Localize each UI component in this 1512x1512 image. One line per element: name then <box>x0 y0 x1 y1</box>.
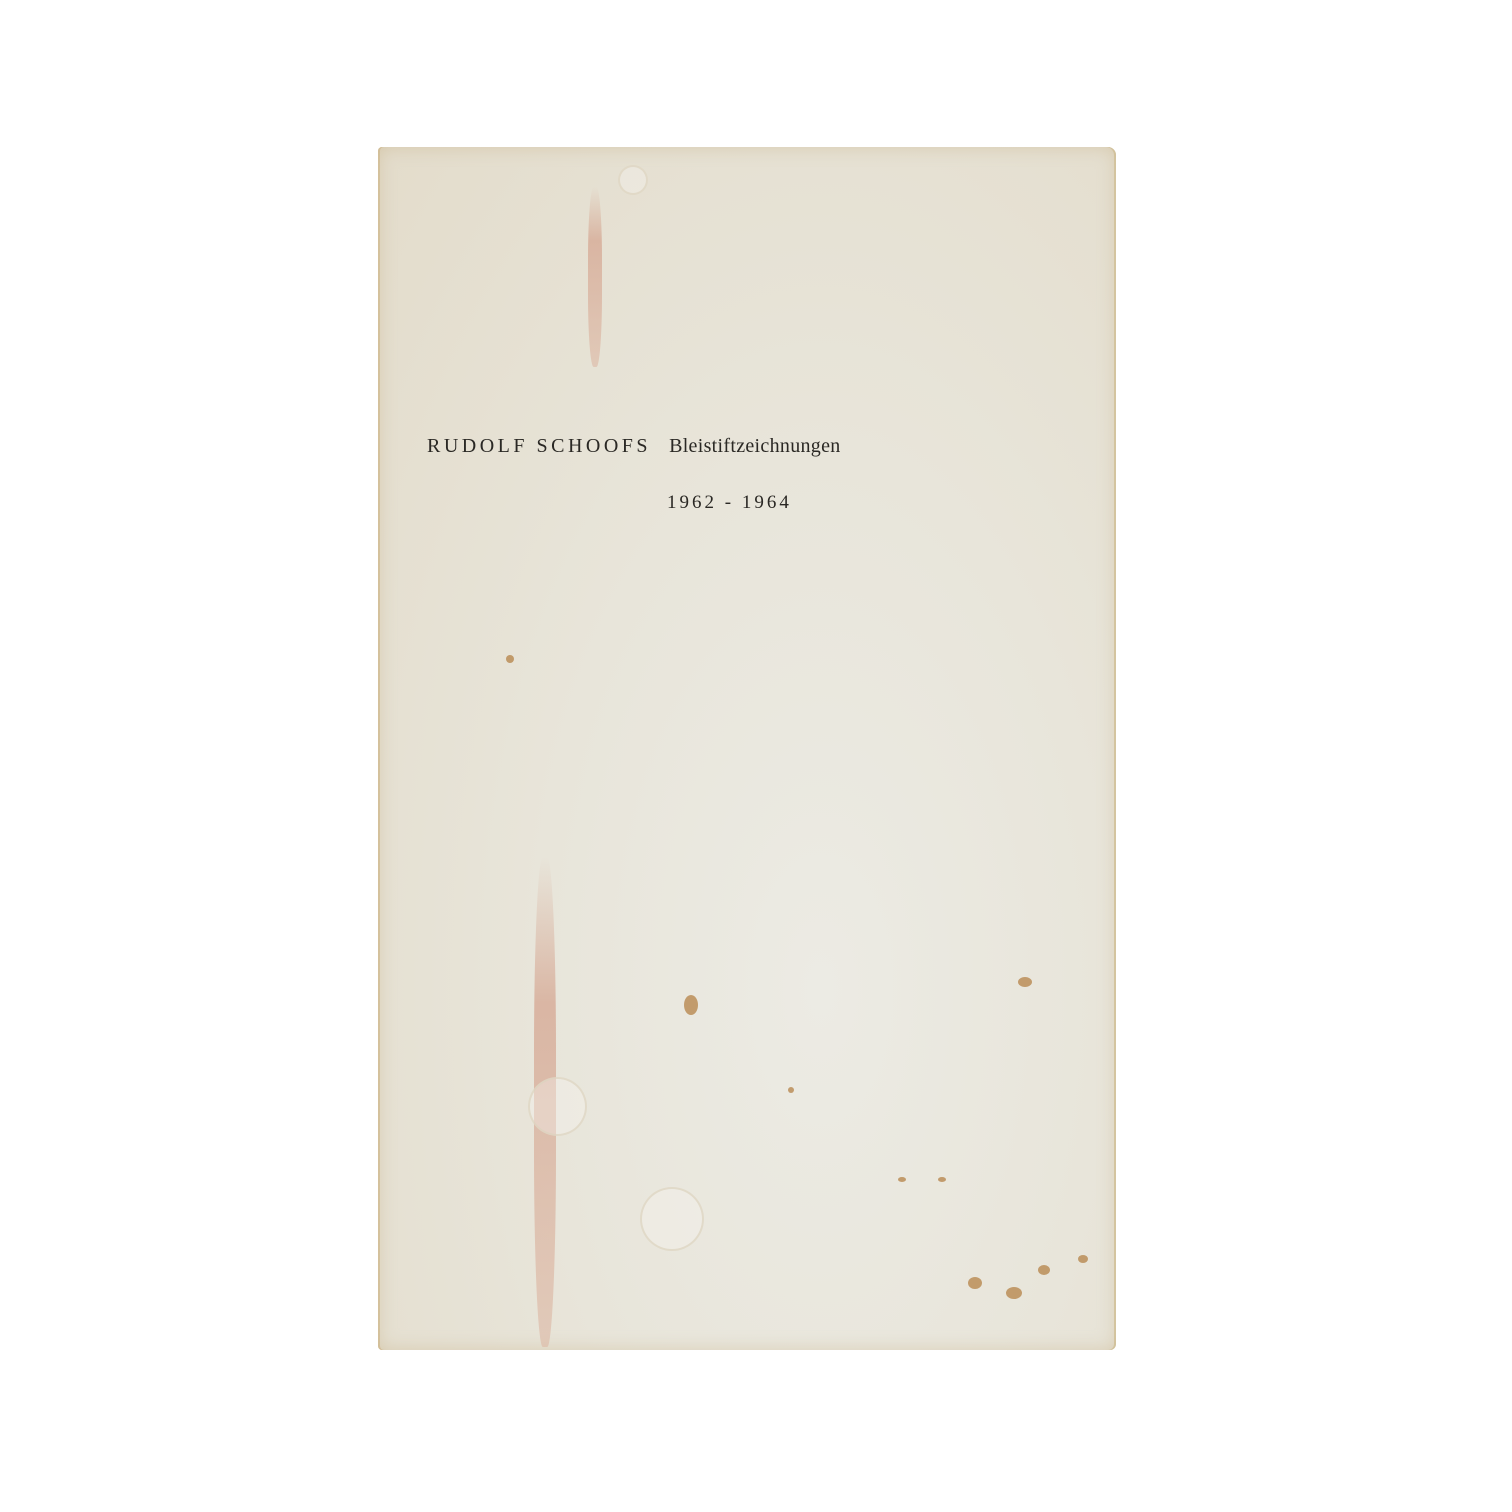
stain-streak-top <box>588 187 602 367</box>
stain-spot <box>898 1177 906 1182</box>
water-ring <box>618 165 648 195</box>
cover-years: 1962 - 1964 <box>667 492 792 514</box>
cover-title: Bleistiftzeichnungen <box>669 435 841 457</box>
stain-spot <box>684 995 698 1015</box>
booklet-cover <box>378 147 1116 1350</box>
stain-spot <box>1078 1255 1088 1263</box>
stain-spot <box>1018 977 1032 987</box>
author-name: RUDOLF SCHOOFS <box>427 435 651 457</box>
water-ring <box>528 1077 587 1136</box>
stain-spot <box>506 655 514 663</box>
stain-spot <box>968 1277 982 1289</box>
stain-spot <box>1006 1287 1022 1299</box>
water-ring <box>640 1187 704 1251</box>
stain-spot <box>938 1177 946 1182</box>
cover-title-row: RUDOLF SCHOOFS Bleistiftzeichnungen <box>427 435 841 458</box>
stain-spot <box>788 1087 794 1093</box>
stain-spot <box>1038 1265 1050 1275</box>
